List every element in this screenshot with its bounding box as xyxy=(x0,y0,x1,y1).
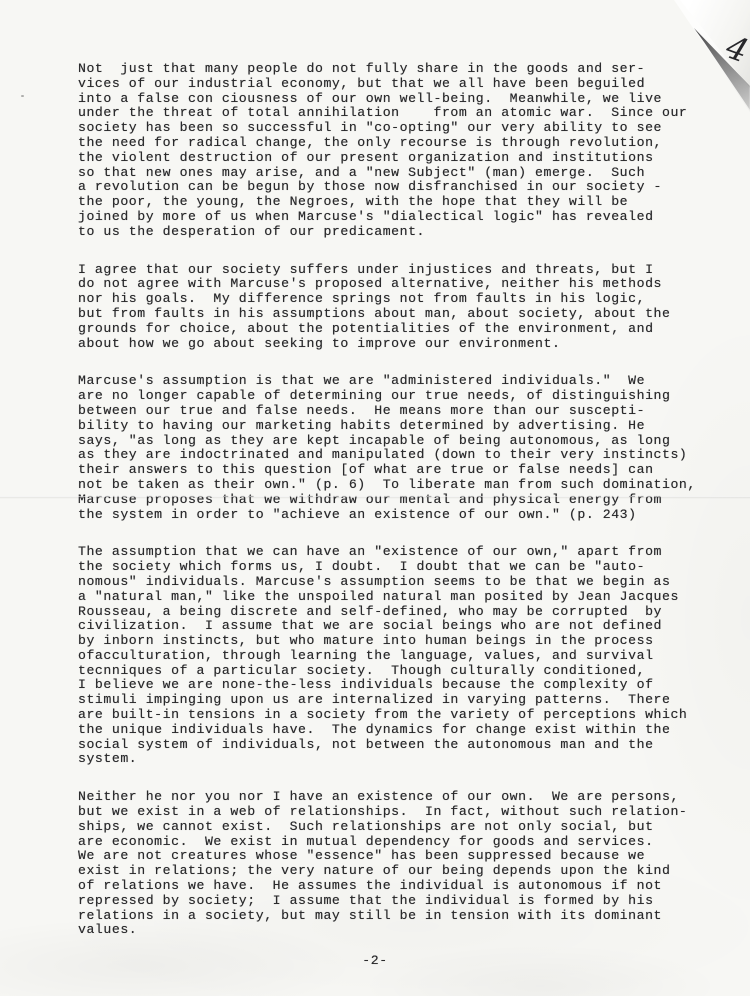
paragraph-4: The assumption that we can have an "exis… xyxy=(78,545,696,767)
typewritten-text: Not just that many people do not fully s… xyxy=(78,62,696,961)
paragraph-3: Marcuse's assumption is that we are "adm… xyxy=(78,374,696,522)
paragraph-2: I agree that our society suffers under i… xyxy=(78,263,696,352)
page-number: -2- xyxy=(0,953,750,968)
folded-corner: 4 xyxy=(630,0,750,120)
paragraph-1: Not just that many people do not fully s… xyxy=(78,62,696,240)
paper-speck xyxy=(21,95,24,97)
paragraph-5: Neither he nor you nor I have an existen… xyxy=(78,790,696,938)
